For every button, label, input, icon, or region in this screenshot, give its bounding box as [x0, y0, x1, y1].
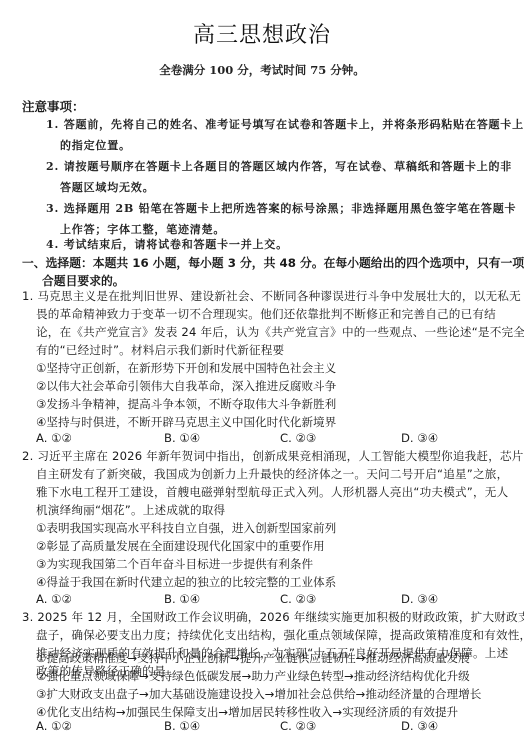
notice-line: 4. 考试结束后，请将试卷和答题卡一并上交。 [46, 238, 288, 252]
question-stem: 盘子，确保必要支出力度；持续优化支出结构，强化重点领域保障，提高政策精准度和有效… [36, 628, 524, 642]
answer-choice-a[interactable]: A. ①② [36, 719, 72, 733]
notice-line: 2. 请按题号顺序在答题卡上各题目的答题区域内作答，写在试卷、草稿纸和答题卡上的… [46, 160, 512, 174]
notice-line: 1. 答题前，先将自己的姓名、准考证号填写在试卷和答题卡上，并将条形码粘贴在答题… [46, 118, 524, 132]
notice-line: 的指定位置。 [60, 139, 131, 153]
question-stem: 自主研发有了新突破，我国成为创新力上升最快的经济体之一。天问二号开启“追星”之旅… [36, 467, 508, 481]
notice-line: 答题区域均无效。 [60, 181, 154, 195]
answer-choice-b[interactable]: B. ①④ [164, 592, 200, 606]
statement-2: ②强化重点领域保障→支持绿色低碳发展→助力产业绿色转型→推动经济结构优化升级 [36, 669, 470, 683]
answer-choice-c[interactable]: C. ②③ [280, 719, 316, 733]
question-stem: 1. 马克思主义是在批判旧世界、建设新社会、不断同各种谬误进行斗争中发展壮大的，… [22, 289, 521, 303]
question-stem: 2. 习近平主席在 2026 年新年贺词中指出，创新成果竞相涌现，人工智能大模型… [22, 449, 524, 463]
section-heading-cont: 合题目要求的。 [42, 274, 125, 288]
answer-choice-d[interactable]: D. ③④ [401, 719, 438, 733]
answer-choice-d[interactable]: D. ③④ [401, 431, 438, 445]
statement-1: ①坚持守正创新，在新形势下开创和发展中国特色社会主义 [36, 361, 336, 375]
page-title: 高三思想政治 [0, 18, 524, 49]
question-stem: 论，在《共产党宣言》发表 24 年后，认为《共产党宣言》中的一些观点、一些论述“… [36, 325, 524, 339]
statement-2: ②以伟大社会革命引领伟大自我革命，深入推进反腐败斗争 [36, 379, 336, 393]
statement-4: ④得益于我国在新时代建立起的独立的比较完整的工业体系 [36, 575, 336, 589]
answer-choice-b[interactable]: B. ①④ [164, 719, 200, 733]
question-stem: 畏的革命精神致力于变革一切不合理现实。他们还依靠批判不断修正和完善自己的已有结 [36, 307, 496, 321]
question-stem: 雅下水电工程开工建设，首艘电磁弹射型航母正式入列。人形机器人亮出“功夫模式”，无… [36, 485, 508, 499]
statement-4: ④坚持与时俱进，不断开辟马克思主义中国化时代化新境界 [36, 415, 336, 429]
answer-choice-c[interactable]: C. ②③ [280, 431, 316, 445]
notice-line: 上作答；字体工整，笔迹清楚。 [60, 223, 225, 237]
answer-choice-b[interactable]: B. ①④ [164, 431, 200, 445]
question-stem: 有的“已经过时”。材料启示我们新时代新征程要 [36, 343, 284, 357]
notice-line: 3. 选择题用 2B 铅笔在答题卡上把所选答案的标号涂黑；非选择题用黑色签字笔在… [46, 202, 516, 216]
answer-choice-c[interactable]: C. ②③ [280, 592, 316, 606]
notice-heading: 注意事项： [22, 97, 85, 115]
statement-3: ③扩大财政支出盘子→加大基础设施建设投入→增加社会总供给→推动经济量的合理增长 [36, 687, 481, 701]
answer-choice-d[interactable]: D. ③④ [401, 592, 438, 606]
exam-info: 全卷满分 100 分，考试时间 75 分钟。 [0, 62, 524, 78]
statement-2: ②彰显了高质量发展在全面建设现代化国家中的重要作用 [36, 539, 325, 553]
statement-1: ①表明我国实现高水平科技自立自强，进入创新型国家前列 [36, 521, 336, 535]
statement-3: ③发扬斗争精神，提高斗争本领，不断夺取伟大斗争新胜利 [36, 397, 336, 411]
answer-choice-a[interactable]: A. ①② [36, 431, 72, 445]
statement-1: ①提高政策精准度→支持中小企业创新→提升产业链供应链韧性→推动经济高质量发展 [36, 651, 470, 665]
answer-choice-a[interactable]: A. ①② [36, 592, 72, 606]
question-stem: 3. 2025 年 12 月，全国财政工作会议明确，2026 年继续实施更加积极… [22, 610, 524, 624]
question-stem: 机演绎绚丽“烟花”。上述成就的取得 [36, 503, 225, 517]
section-heading: 一、选择题：本题共 16 小题，每小题 3 分，共 48 分。在每小题给出的四个… [22, 256, 524, 270]
statement-3: ③为实现我国第二个百年奋斗目标进一步提供有利条件 [36, 557, 313, 571]
statement-4: ④优化支出结构→加强民生保障支出→增加居民转移性收入→实现经济质的有效提升 [36, 705, 458, 719]
